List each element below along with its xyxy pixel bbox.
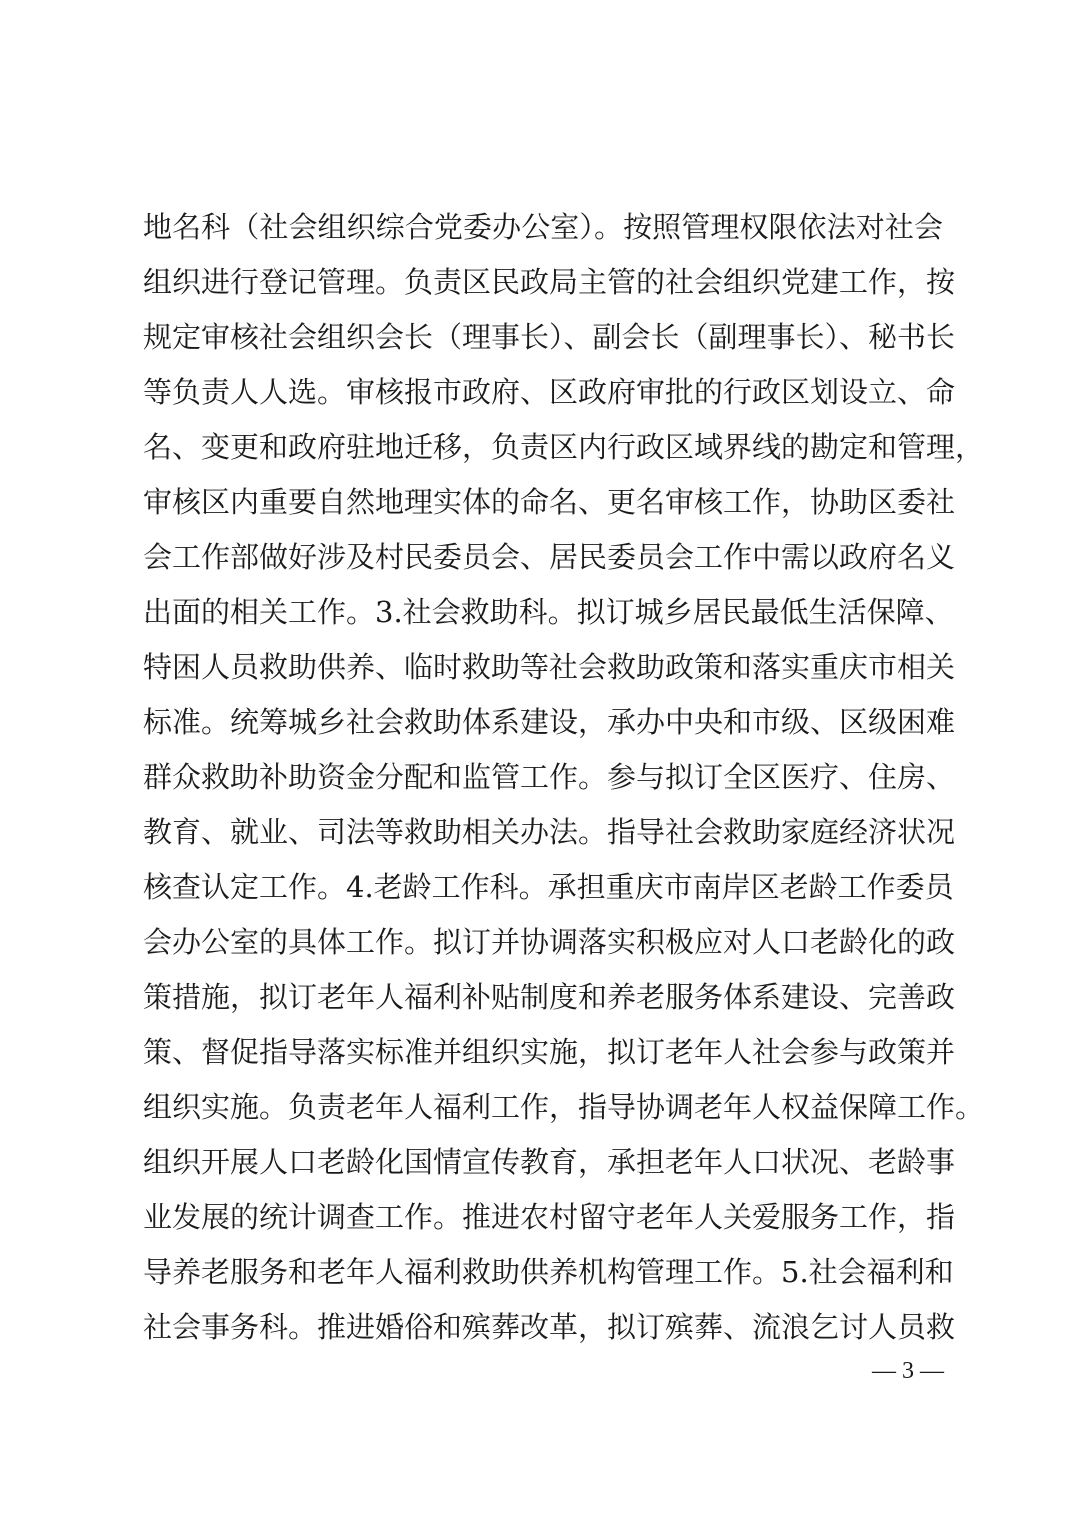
text-line: 规定审核社会组织会长（理事长）、副会长（副理事长）、秘书长 [143, 310, 943, 365]
text-line: 社会事务科。推进婚俗和殡葬改革，拟订殡葬、流浪乞讨人员救 [143, 1300, 943, 1355]
text-line: 地名科（社会组织综合党委办公室）。按照管理权限依法对社会 [143, 200, 943, 255]
text-line: 组织进行登记管理。负责区民政局主管的社会组织党建工作，按 [143, 255, 943, 310]
text-line: 名、变更和政府驻地迁移，负责区内行政区域界线的勘定和管理， [143, 420, 943, 475]
text-line: 标准。统筹城乡社会救助体系建设，承办中央和市级、区级困难 [143, 695, 943, 750]
document-page: 地名科（社会组织综合党委办公室）。按照管理权限依法对社会 组织进行登记管理。负责… [0, 0, 1074, 1520]
body-text: 地名科（社会组织综合党委办公室）。按照管理权限依法对社会 组织进行登记管理。负责… [143, 200, 943, 1355]
text-line: 会办公室的具体工作。拟订并协调落实积极应对人口老龄化的政 [143, 915, 943, 970]
text-line: 等负责人人选。审核报市政府、区政府审批的行政区划设立、命 [143, 365, 943, 420]
text-line: 组织实施。负责老年人福利工作，指导协调老年人权益保障工作。 [143, 1080, 943, 1135]
text-line: 群众救助补助资金分配和监管工作。参与拟订全区医疗、住房、 [143, 750, 943, 805]
text-line: 会工作部做好涉及村民委员会、居民委员会工作中需以政府名义 [143, 530, 943, 585]
text-line: 教育、就业、司法等救助相关办法。指导社会救助家庭经济状况 [143, 805, 943, 860]
text-line: 业发展的统计调查工作。推进农村留守老年人关爱服务工作，指 [143, 1190, 943, 1245]
text-line: 审核区内重要自然地理实体的命名、更名审核工作，协助区委社 [143, 475, 943, 530]
text-line: 核查认定工作。4.老龄工作科。承担重庆市南岸区老龄工作委员 [143, 860, 943, 915]
text-line: 出面的相关工作。3.社会救助科。拟订城乡居民最低生活保障、 [143, 585, 943, 640]
text-line: 导养老服务和老年人福利救助供养机构管理工作。5.社会福利和 [143, 1245, 943, 1300]
text-line: 特困人员救助供养、临时救助等社会救助政策和落实重庆市相关 [143, 640, 943, 695]
text-line: 策、督促指导落实标准并组织实施，拟订老年人社会参与政策并 [143, 1025, 943, 1080]
text-line: 组织开展人口老龄化国情宣传教育，承担老年人口状况、老龄事 [143, 1135, 943, 1190]
text-line: 策措施，拟订老年人福利补贴制度和养老服务体系建设、完善政 [143, 970, 943, 1025]
page-number: — 3 — [862, 1356, 944, 1386]
